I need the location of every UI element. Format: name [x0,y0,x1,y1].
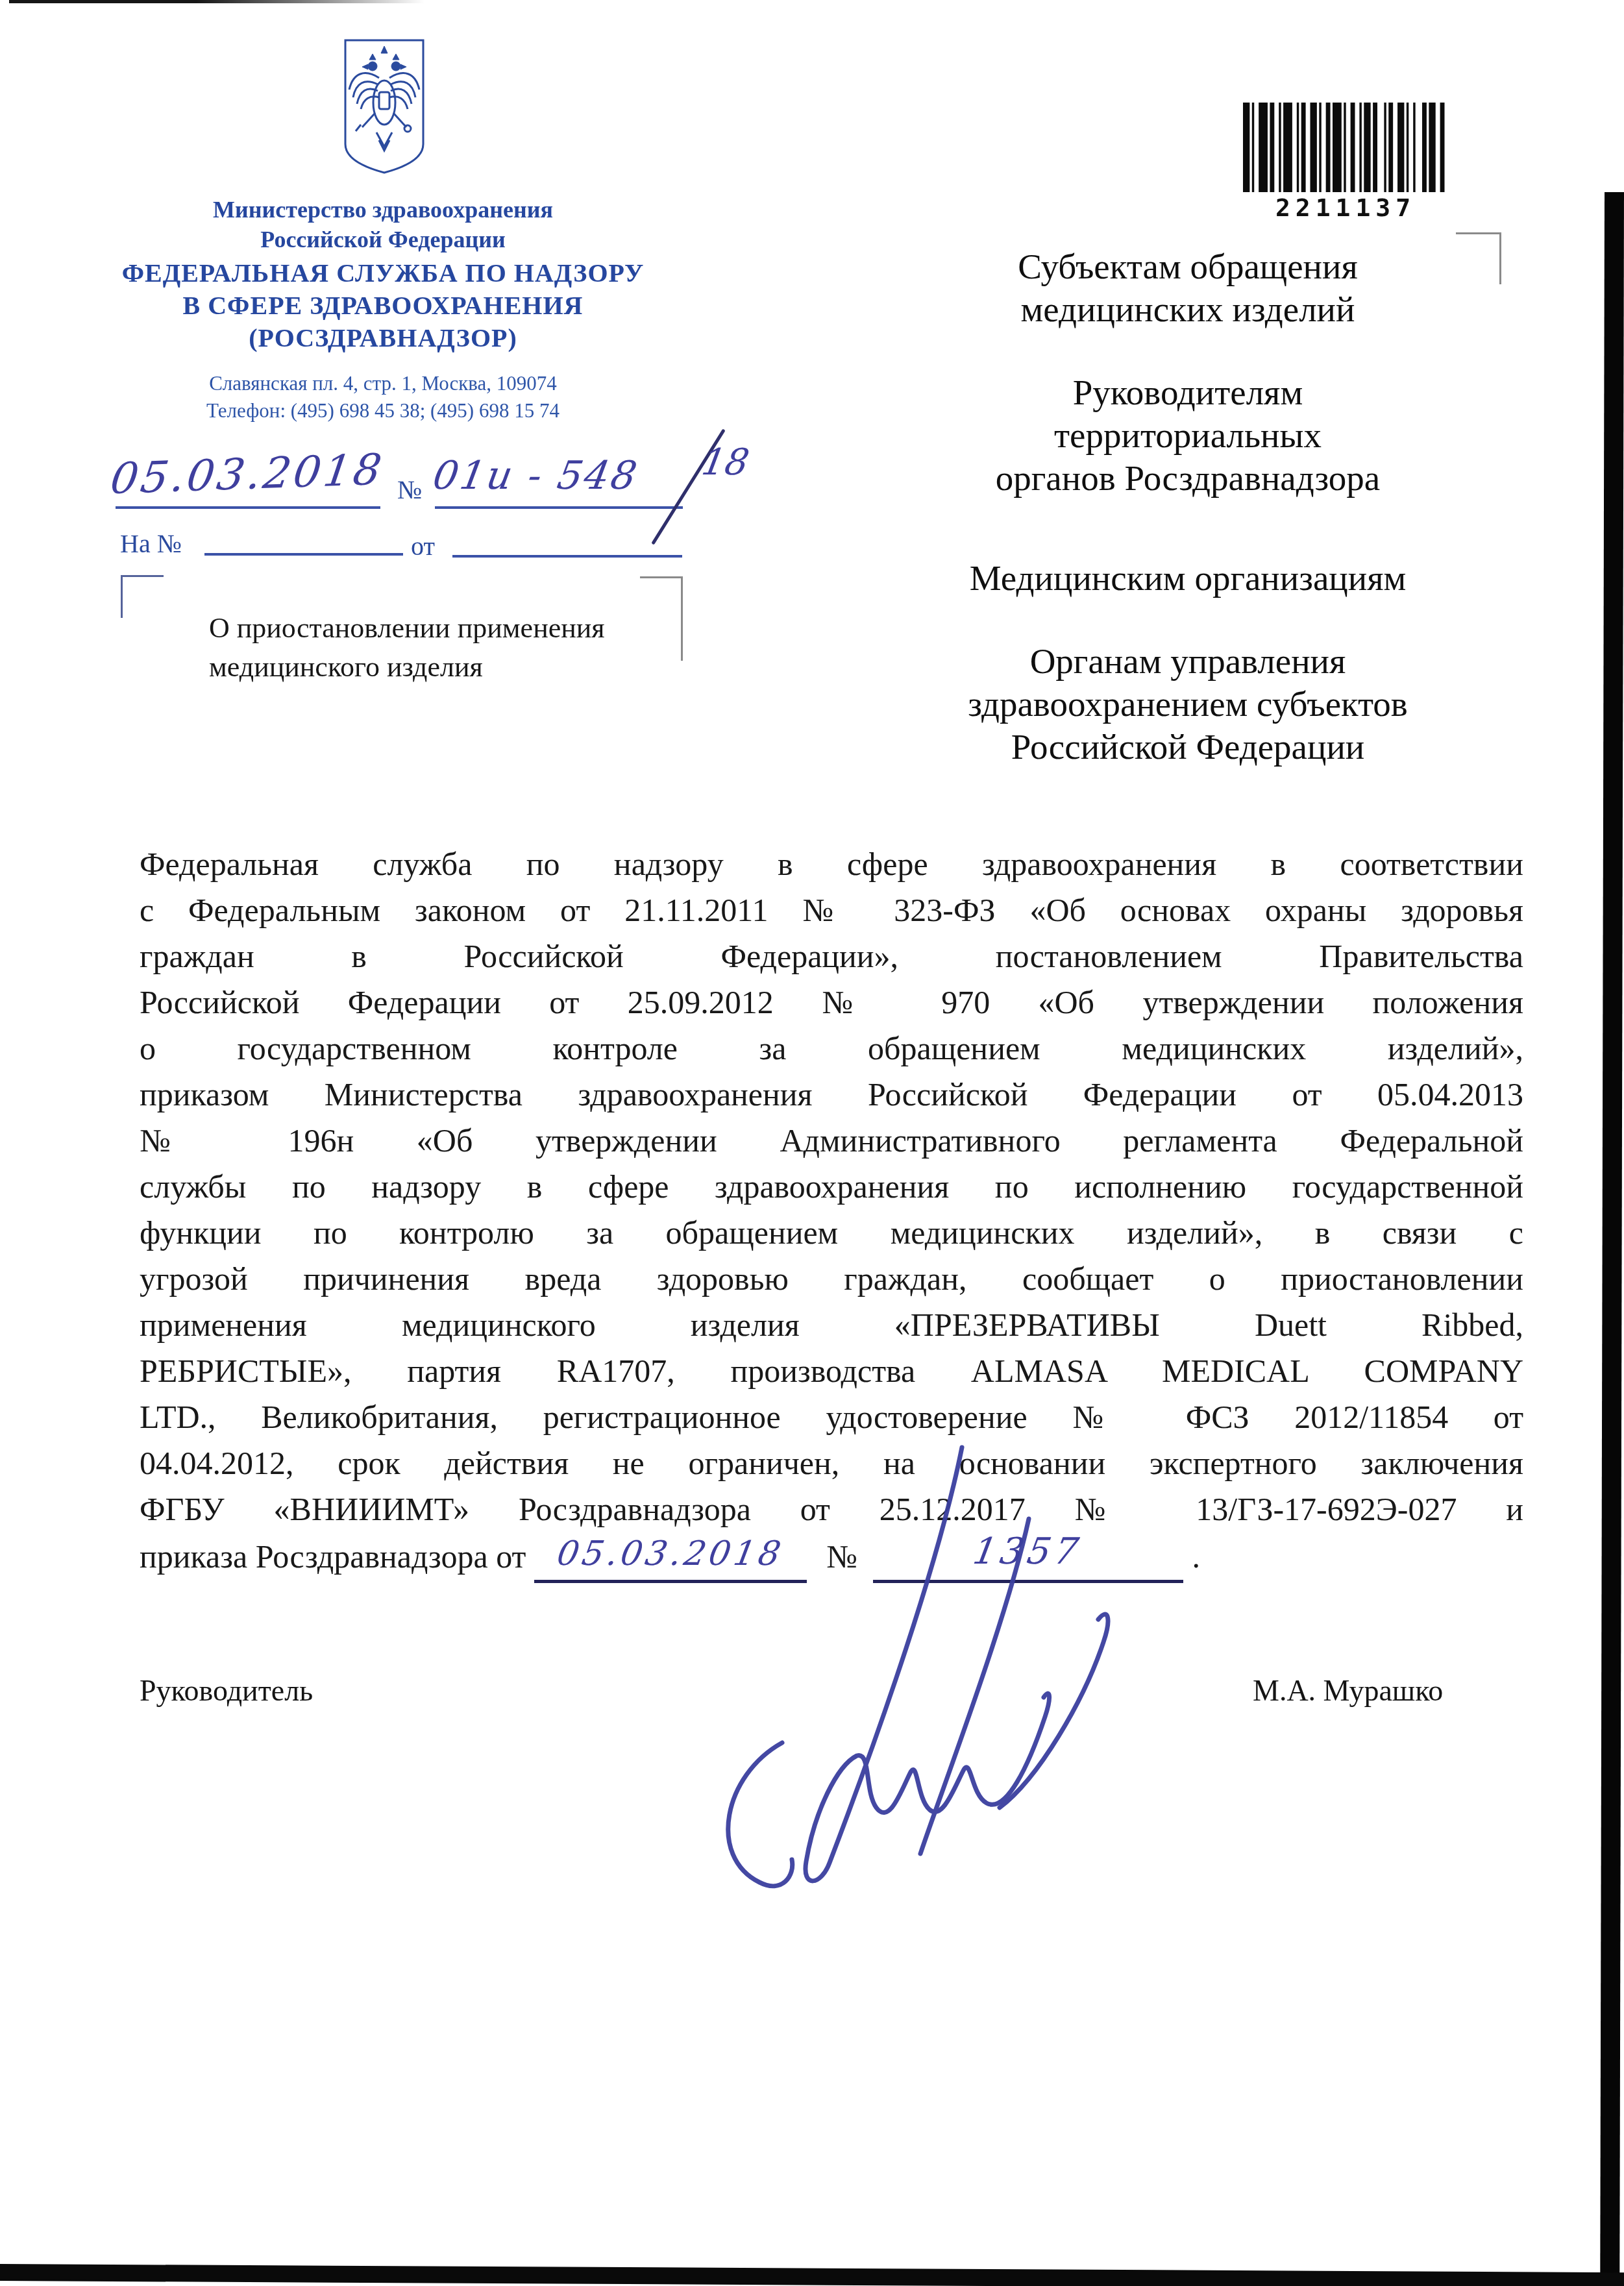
scan-artifact-top-line [9,0,424,3]
last-line-prefix: приказа Росздравнадзора от [140,1538,526,1575]
subject-corner-mark-right-v [681,576,683,661]
subject-corner-mark-left-v [121,575,123,618]
scan-artifact-bottom-edge [0,2264,1624,2286]
service-title: ФЕДЕРАЛЬНАЯ СЛУЖБА ПО НАДЗОРУ В СФЕРЕ ЗД… [78,257,688,354]
body-line: граждан в Российской Федерации», постано… [140,933,1523,979]
body-line: угрозой причинения вреда здоровью гражда… [140,1256,1523,1302]
letter-subject: О приостановлении применения медицинског… [209,609,663,687]
addressee-corner-mark-v [1499,232,1501,284]
addressee-corner-mark-h [1456,232,1501,234]
outgoing-number-underline [435,506,683,509]
outgoing-date-handwritten: 05.03.2018 [107,445,387,504]
addressee-group-4: Органам управления здравоохранением субъ… [883,640,1493,768]
body-line: с Федеральным законом от 21.11.2011 № 32… [140,887,1523,933]
subject-corner-mark-left-h [121,575,164,577]
signer-position-label: Руководитель [140,1673,313,1708]
body-line: приказом Министерства здравоохранения Ро… [140,1072,1523,1118]
barcode-bars-icon [1243,103,1446,192]
document-page: Министерство здравоохранения Российской … [0,0,1624,2286]
body-line: Российской Федерации от 25.09.2012 № 970… [140,979,1523,1026]
reply-to-number-label: На № [120,528,182,559]
body-line: функции по контролю за обращением медици… [140,1210,1523,1256]
reply-date-blank-underline [452,555,682,558]
outgoing-number-label: № [397,474,422,505]
barcode-number: 2211137 [1243,193,1448,222]
letterhead-address: Славянская пл. 4, стр. 1, Москва, 109074… [78,370,688,424]
barcode: 2211137 [1243,103,1448,222]
body-line: о государственном контроле за обращением… [140,1026,1523,1072]
addressee-group-1: Субъектам обращения медицинских изделий [883,245,1493,331]
body-line: Федеральная служба по надзору в сфере зд… [140,841,1523,887]
addressee-group-2: Руководителям территориальных органов Ро… [883,371,1493,500]
body-line: применения медицинского изделия «ПРЕЗЕРВ… [140,1302,1523,1348]
addressee-group-3: Медицинским организациям [883,557,1493,600]
ministry-title: Министерство здравоохранения Российской … [78,195,688,254]
body-line: № 196н «Об утверждении Административного… [140,1118,1523,1164]
subject-corner-mark-right-h [640,576,683,578]
last-line-suffix: . [1192,1538,1201,1575]
reply-number-blank-underline [204,553,403,556]
scan-artifact-right-edge [1600,192,1624,2286]
outgoing-number-handwritten: 01и - 548 [430,453,642,498]
outgoing-date-underline [116,506,380,509]
outgoing-number-suffix-handwritten: 18 [698,441,752,484]
body-line: РЕБРИСТЫЕ», партия RA1707, производства … [140,1348,1523,1394]
russia-coat-of-arms-icon [339,35,430,191]
signer-name: М.А. Мурашко [1253,1673,1443,1708]
handwritten-signature-icon [662,1428,1168,1921]
body-line: службы по надзору в сфере здравоохранени… [140,1164,1523,1210]
reply-from-label: от [411,531,435,561]
